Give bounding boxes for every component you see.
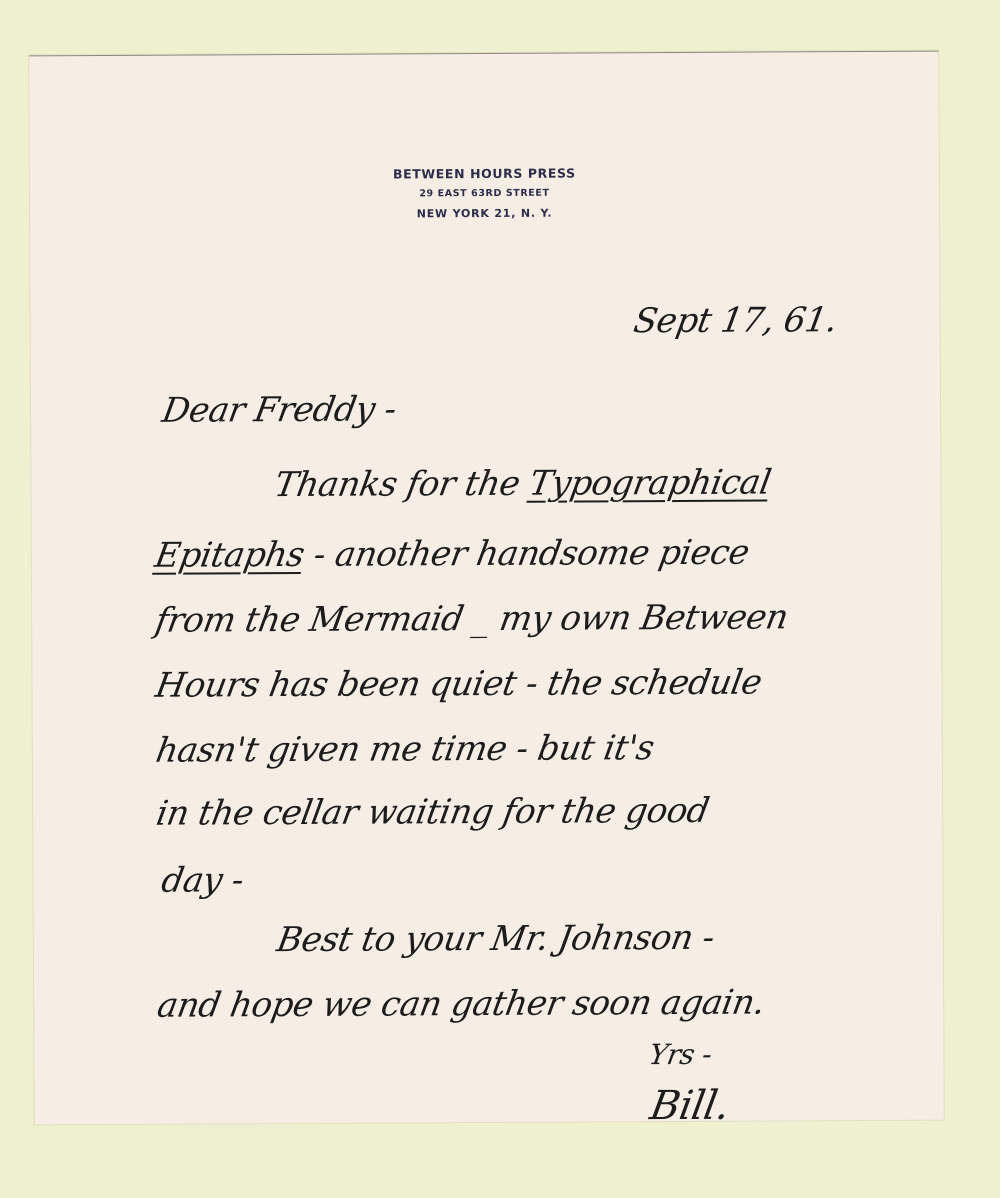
body-line-7: day - xyxy=(159,860,247,900)
body-line-2-underlined: Epitaphs xyxy=(152,535,307,576)
body-line-1-underlined: Typographical xyxy=(526,462,773,503)
body-line-3: from the Mermaid _ my own Between xyxy=(152,597,791,640)
body-line-4: Hours has been quiet - the schedule xyxy=(153,663,765,706)
letter-date: Sept 17, 61. xyxy=(631,300,840,341)
body-line-9: and hope we can gather soon again. xyxy=(154,983,767,1026)
letter-paper: BETWEEN HOURS PRESS 29 EAST 63RD STREET … xyxy=(29,51,944,1125)
body-line-2: Epitaphs - another handsome piece xyxy=(152,533,752,576)
letterhead-city: NEW YORK 21, N. Y. xyxy=(30,202,939,227)
letter-closing: Yrs - xyxy=(647,1038,715,1071)
letter-salutation: Dear Freddy - xyxy=(159,389,399,430)
letter-signature: Bill. xyxy=(647,1083,733,1129)
body-line-5: hasn't given me time - but it's xyxy=(153,728,657,771)
body-line-1: Thanks for the Typographical xyxy=(272,462,774,505)
letterhead: BETWEEN HOURS PRESS 29 EAST 63RD STREET … xyxy=(30,162,939,227)
body-line-8: Best to your Mr. Johnson - xyxy=(274,918,717,960)
body-line-1-text: Thanks for the xyxy=(272,464,534,505)
body-line-6: in the cellar waiting for the good xyxy=(153,791,711,834)
body-line-2-text: - another handsome piece xyxy=(300,533,752,575)
